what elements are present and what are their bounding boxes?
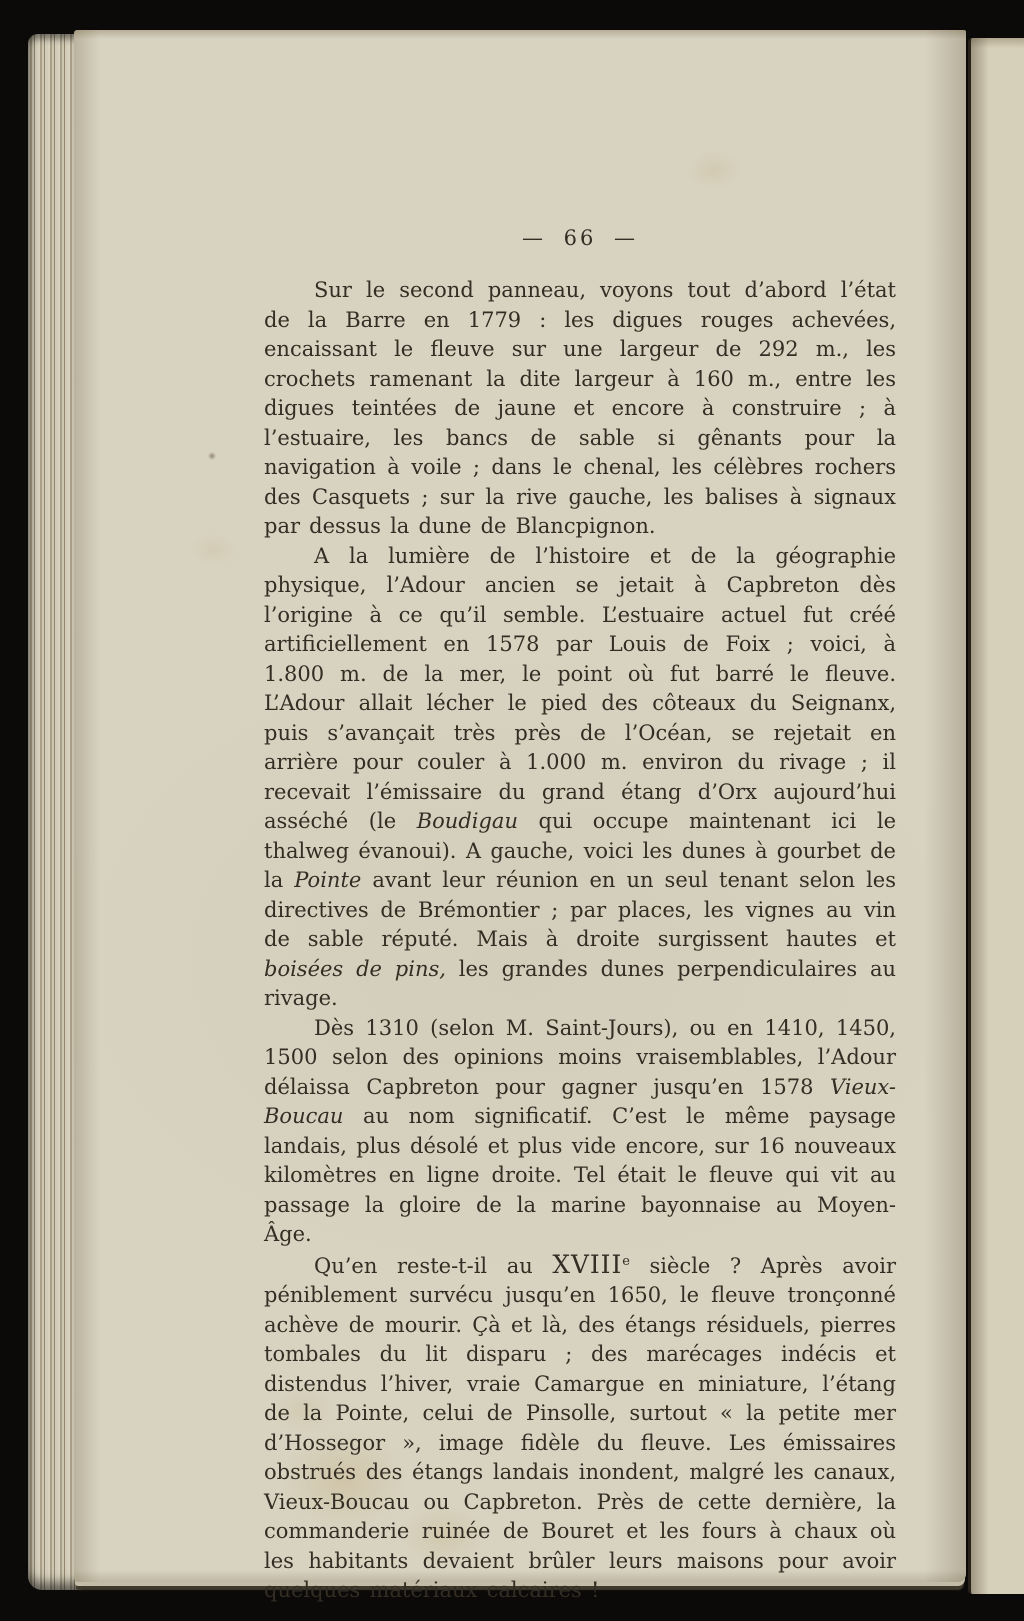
paragraph-3: Dès 1310 (selon M. Saint-Jours), ou en 1… bbox=[264, 1014, 896, 1250]
text-run: au nom significatif. C’est le même paysa… bbox=[264, 1104, 896, 1246]
text-run: Qu’en reste-t-il au bbox=[314, 1254, 552, 1278]
paragraph-1: Sur le second panneau, voyons tout d’abo… bbox=[264, 276, 896, 542]
text-run: Pointe bbox=[294, 868, 361, 892]
paragraph-4: Qu’en reste-t-il au XVIIIe siècle ? Aprè… bbox=[264, 1250, 896, 1606]
book-page: — 66 — Sur le second panneau, voyons tou… bbox=[74, 30, 966, 1582]
text-run: Boudigau bbox=[417, 809, 518, 833]
paragraph-2: A la lumière de l’histoire et de la géog… bbox=[264, 542, 896, 1014]
next-page-edge bbox=[968, 38, 1024, 1594]
text-run: Dès 1310 (selon M. Saint-Jours), ou en 1… bbox=[264, 1016, 896, 1099]
page-paragraphs: Sur le second panneau, voyons tout d’abo… bbox=[264, 276, 896, 1606]
text-run: A la lumière de l’histoire et de la géog… bbox=[264, 544, 896, 834]
printed-text-area: — 66 — Sur le second panneau, voyons tou… bbox=[264, 226, 896, 1606]
text-run: XVIII bbox=[552, 1250, 622, 1279]
text-run: boisées de pins, bbox=[264, 957, 446, 981]
text-run: e bbox=[622, 1254, 630, 1269]
page-number: — 66 — bbox=[264, 226, 896, 250]
text-run: Sur le second panneau, voyons tout d’abo… bbox=[264, 278, 896, 538]
text-run: siècle ? Après avoir péniblement survécu… bbox=[264, 1254, 896, 1603]
